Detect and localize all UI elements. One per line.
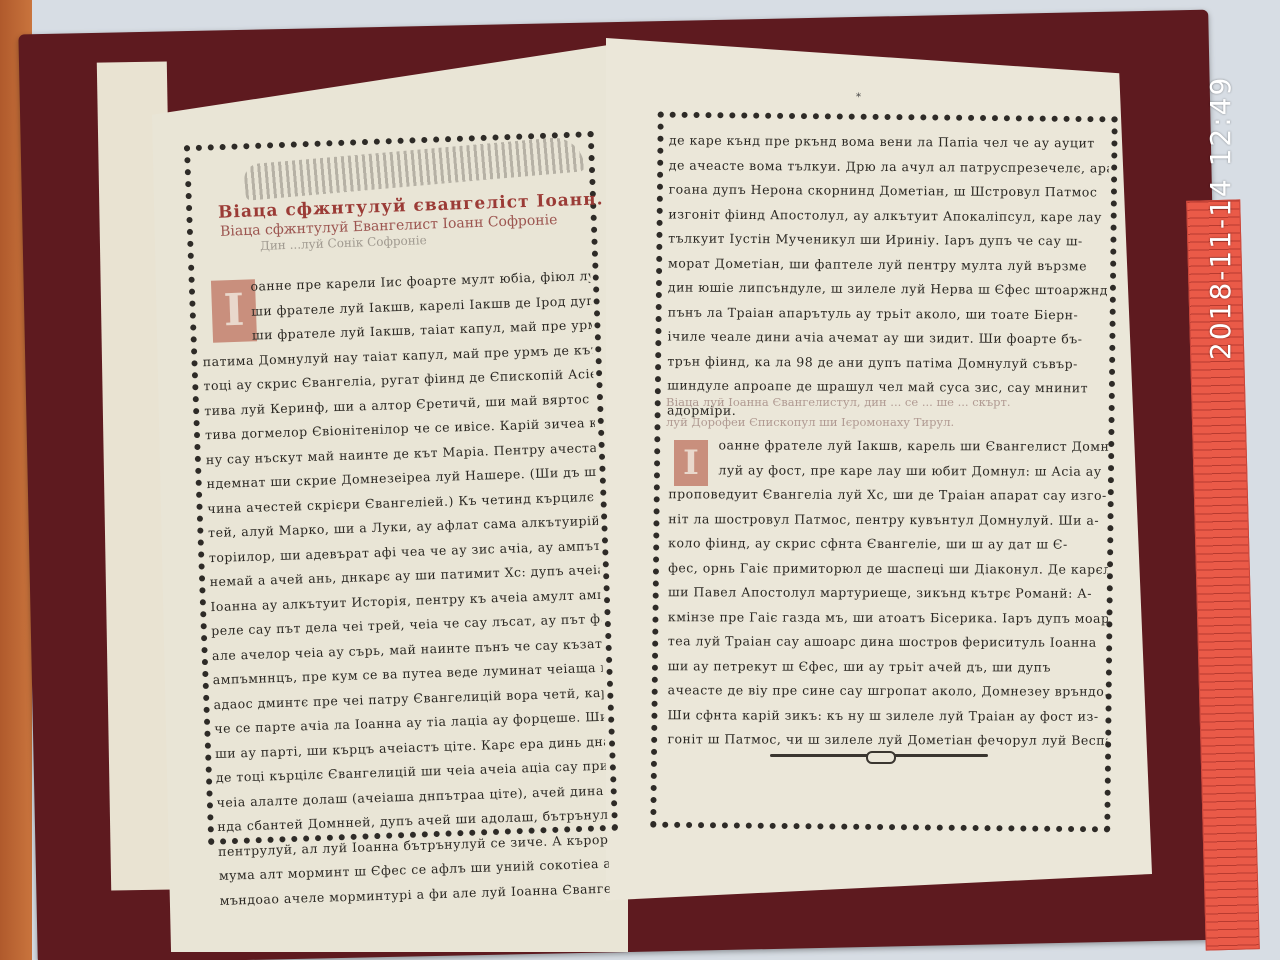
text-line: изгоніт фіинд Апостолул, ау алкътуит Апо… (668, 202, 1108, 230)
text-line: кмінзе пре Гаіє газда мъ, ши атоатъ Бісе… (668, 605, 1108, 631)
text-line: теа луй Траіан сау ашоарс дина шостров ф… (668, 629, 1108, 655)
text-line: ши Павел Апостолул мартуриеще, зикънд къ… (668, 580, 1108, 606)
text-line: ніт ла шостровул Патмос, пентру кувънтул… (668, 507, 1108, 533)
text-line: де ачеасте вома тълкуи. Дрю ла ачул ал п… (669, 153, 1109, 181)
text-line: де каре кънд пре ркънд вома вени ла Папі… (669, 128, 1109, 156)
right-page-text-bottom: оанне фрателе луй Іакшв, карель ши Єванг… (667, 433, 1108, 753)
text-line: гоніт ш Патмос, чи ш зилеле луй Дометіан… (667, 727, 1107, 753)
text-line: тълкуит Іустін Мученикул ши Ириніу. Іаръ… (668, 226, 1108, 254)
folio-mark: * (856, 92, 861, 103)
text-line: оанне фрателе луй Іакшв, карель ши Єванг… (668, 433, 1108, 459)
text-line: проповедуит Євангеліа луй Хс, ши де Траі… (668, 482, 1108, 508)
photo-timestamp: 2018-11-14 12:49 (1204, 40, 1244, 360)
faint-heading: Віаца луй Іоанна Євангелистул, дин ... с… (666, 392, 1011, 432)
text-line: Віаца луй Іоанна Євангелистул, дин ... с… (666, 392, 1011, 412)
text-line: гоана дупъ Нерона скорнинд Дометіан, ш Ш… (669, 177, 1109, 205)
right-page-text-top: де каре кънд пре ркънд вома вени ла Папі… (667, 128, 1109, 425)
text-line: морат Дометіан, ши фаптеле луй пентру му… (668, 251, 1108, 279)
text-line: трън фіинд, ка ла 98 де ани дупъ патіма … (667, 349, 1107, 377)
text-line: луй Дорофеи Єпископул ши Ієромонаху Тиру… (666, 412, 1011, 432)
text-line: ічиле чеале дини ачіа ачемат ау ши зидит… (667, 324, 1107, 352)
text-line: фес, орнь Гаіє примиторюл де шаспеці ши … (668, 556, 1108, 582)
text-line: пънъ ла Траіан апарътуль ау трьіт аколо,… (668, 300, 1108, 328)
text-line: ши ау петрекут ш Єфес, ши ау трьіт ачей … (668, 654, 1108, 680)
text-line: ачеасте де віу пре сине сау шгропат акол… (668, 678, 1108, 704)
text-line: луй ау фост, пре каре лау ши юбит Домнул… (668, 458, 1108, 484)
text-line: коло фіинд, ау скрис сфнта Євангеліе, ши… (668, 531, 1108, 557)
text-line: дин юшіе липсъндуле, ш зилеле луй Нерва … (668, 275, 1108, 303)
left-page-text: оанне пре карели Іис фоарте мулт юбіа, ф… (200, 264, 610, 913)
text-line: Ши сфнта карій зикъ: къ ну ш зилеле луй … (668, 703, 1108, 729)
tailpiece-ornament (770, 754, 988, 757)
